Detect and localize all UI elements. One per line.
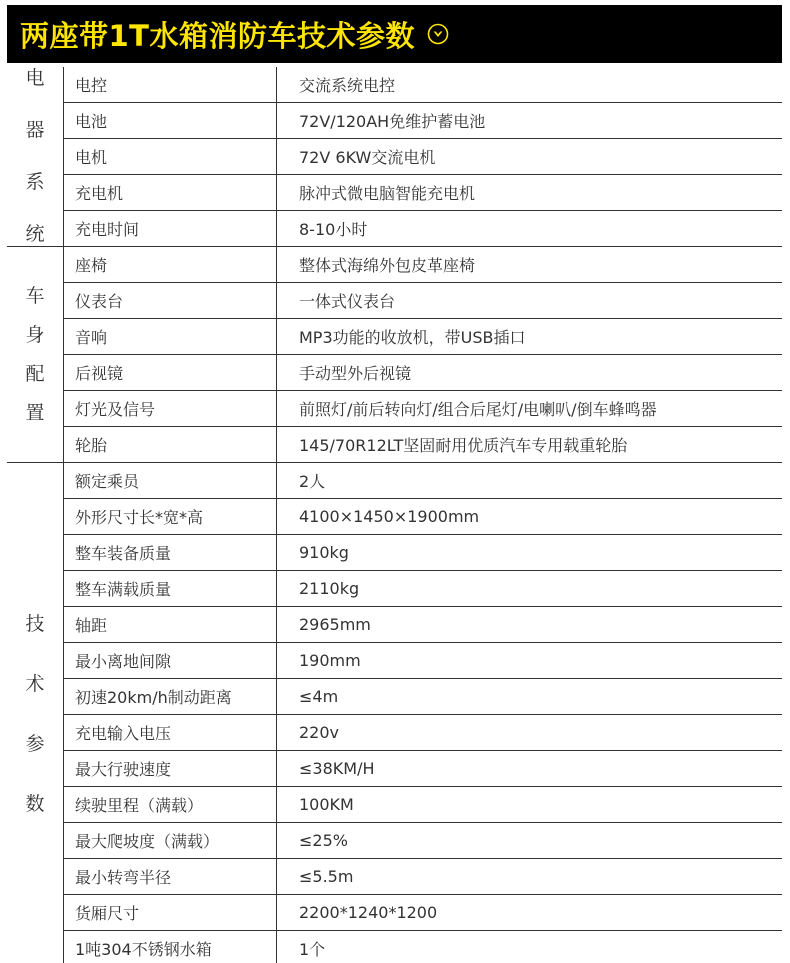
spec-value: 910kg bbox=[277, 535, 782, 570]
group-label-char: 车 bbox=[25, 287, 44, 306]
spec-value: 1个 bbox=[277, 931, 782, 963]
group-label: 车身配置 bbox=[7, 247, 64, 462]
spec-label: 最小离地间隙 bbox=[64, 643, 277, 678]
table-row: 灯光及信号前照灯/前后转向灯/组合后尾灯/电喇叭/倒车蜂鸣器 bbox=[64, 391, 782, 427]
table-row: 充电时间8-10小时 bbox=[64, 211, 782, 246]
spec-label: 初速20km/h制动距离 bbox=[64, 679, 277, 714]
spec-header: 两座带1T水箱消防车技术参数 bbox=[7, 5, 782, 63]
spec-label: 电池 bbox=[64, 103, 277, 138]
table-row: 电池72V/120AH免维护蓄电池 bbox=[64, 103, 782, 139]
spec-group: 电器系统电控交流系统电控电池72V/120AH免维护蓄电池电机72V 6KW交流… bbox=[7, 67, 782, 247]
table-row: 外形尺寸长*宽*高4100×1450×1900mm bbox=[64, 499, 782, 535]
table-row: 额定乘员2人 bbox=[64, 463, 782, 499]
spec-label: 额定乘员 bbox=[64, 463, 277, 498]
table-row: 最小离地间隙190mm bbox=[64, 643, 782, 679]
table-row: 充电机脉冲式微电脑智能充电机 bbox=[64, 175, 782, 211]
chevron-down-circle-icon bbox=[427, 23, 449, 45]
table-row: 初速20km/h制动距离≤4m bbox=[64, 679, 782, 715]
spec-value: 脉冲式微电脑智能充电机 bbox=[277, 175, 782, 210]
spec-value: 72V 6KW交流电机 bbox=[277, 139, 782, 174]
spec-value: MP3功能的收放机，带USB插口 bbox=[277, 319, 782, 354]
spec-label: 最大爬坡度（满载） bbox=[64, 823, 277, 858]
group-rows: 额定乘员2人外形尺寸长*宽*高4100×1450×1900mm整车装备质量910… bbox=[64, 463, 782, 963]
group-label-char: 数 bbox=[25, 795, 44, 814]
group-label-char: 统 bbox=[25, 225, 44, 244]
spec-group: 车身配置座椅整体式海绵外包皮革座椅仪表台一体式仪表台音响MP3功能的收放机，带U… bbox=[7, 247, 782, 463]
spec-label: 电控 bbox=[64, 67, 277, 102]
spec-label: 电机 bbox=[64, 139, 277, 174]
spec-table: 电器系统电控交流系统电控电池72V/120AH免维护蓄电池电机72V 6KW交流… bbox=[7, 67, 782, 963]
table-row: 轮胎145/70R12LT坚固耐用优质汽车专用载重轮胎 bbox=[64, 427, 782, 462]
group-label: 技术参数 bbox=[7, 463, 64, 963]
table-row: 整车满载质量2110kg bbox=[64, 571, 782, 607]
spec-label: 座椅 bbox=[64, 247, 277, 282]
spec-value: 一体式仪表台 bbox=[277, 283, 782, 318]
table-row: 轴距2965mm bbox=[64, 607, 782, 643]
group-label-char: 系 bbox=[25, 173, 44, 192]
table-row: 1吨304不锈钢水箱1个 bbox=[64, 931, 782, 963]
table-row: 最大行驶速度≤38KM/H bbox=[64, 751, 782, 787]
group-label-char: 身 bbox=[25, 326, 44, 345]
spec-value: ≤4m bbox=[277, 679, 782, 714]
spec-label: 最大行驶速度 bbox=[64, 751, 277, 786]
table-row: 最大爬坡度（满载）≤25% bbox=[64, 823, 782, 859]
spec-label: 续驶里程（满载） bbox=[64, 787, 277, 822]
table-row: 货厢尺寸2200*1240*1200 bbox=[64, 895, 782, 931]
spec-value: 8-10小时 bbox=[277, 211, 782, 246]
spec-value: 2200*1240*1200 bbox=[277, 895, 782, 930]
spec-value: 交流系统电控 bbox=[277, 67, 782, 102]
table-row: 后视镜手动型外后视镜 bbox=[64, 355, 782, 391]
group-label-char: 参 bbox=[25, 735, 44, 754]
group-label-char: 配 bbox=[25, 365, 44, 384]
spec-value: 整体式海绵外包皮革座椅 bbox=[277, 247, 782, 282]
spec-value: 190mm bbox=[277, 643, 782, 678]
spec-label: 灯光及信号 bbox=[64, 391, 277, 426]
spec-value: 220v bbox=[277, 715, 782, 750]
spec-label: 货厢尺寸 bbox=[64, 895, 277, 930]
spec-label: 充电输入电压 bbox=[64, 715, 277, 750]
group-label-char: 电 bbox=[25, 69, 44, 88]
table-row: 电控交流系统电控 bbox=[64, 67, 782, 103]
group-label: 电器系统 bbox=[7, 67, 64, 246]
spec-label: 最小转弯半径 bbox=[64, 859, 277, 894]
group-label-char: 置 bbox=[25, 404, 44, 423]
spec-label: 外形尺寸长*宽*高 bbox=[64, 499, 277, 534]
spec-value: 145/70R12LT坚固耐用优质汽车专用载重轮胎 bbox=[277, 427, 782, 462]
group-rows: 电控交流系统电控电池72V/120AH免维护蓄电池电机72V 6KW交流电机充电… bbox=[64, 67, 782, 246]
spec-label: 1吨304不锈钢水箱 bbox=[64, 931, 277, 963]
spec-value: ≤38KM/H bbox=[277, 751, 782, 786]
spec-value: 100KM bbox=[277, 787, 782, 822]
spec-value: 前照灯/前后转向灯/组合后尾灯/电喇叭/倒车蜂鸣器 bbox=[277, 391, 782, 426]
spec-label: 充电时间 bbox=[64, 211, 277, 246]
spec-value: 2110kg bbox=[277, 571, 782, 606]
group-rows: 座椅整体式海绵外包皮革座椅仪表台一体式仪表台音响MP3功能的收放机，带USB插口… bbox=[64, 247, 782, 462]
spec-group: 技术参数额定乘员2人外形尺寸长*宽*高4100×1450×1900mm整车装备质… bbox=[7, 463, 782, 963]
table-row: 电机72V 6KW交流电机 bbox=[64, 139, 782, 175]
table-row: 仪表台一体式仪表台 bbox=[64, 283, 782, 319]
group-label-char: 技 bbox=[25, 615, 44, 634]
group-label-char: 术 bbox=[25, 675, 44, 694]
page-title: 两座带1T水箱消防车技术参数 bbox=[20, 14, 415, 55]
spec-value: 72V/120AH免维护蓄电池 bbox=[277, 103, 782, 138]
spec-value: ≤25% bbox=[277, 823, 782, 858]
spec-value: 手动型外后视镜 bbox=[277, 355, 782, 390]
table-row: 座椅整体式海绵外包皮革座椅 bbox=[64, 247, 782, 283]
spec-label: 后视镜 bbox=[64, 355, 277, 390]
spec-label: 充电机 bbox=[64, 175, 277, 210]
table-row: 整车装备质量910kg bbox=[64, 535, 782, 571]
spec-label: 轴距 bbox=[64, 607, 277, 642]
table-row: 充电输入电压220v bbox=[64, 715, 782, 751]
spec-label: 轮胎 bbox=[64, 427, 277, 462]
group-label-char: 器 bbox=[25, 121, 44, 140]
spec-value: ≤5.5m bbox=[277, 859, 782, 894]
spec-value: 2人 bbox=[277, 463, 782, 498]
spec-label: 仪表台 bbox=[64, 283, 277, 318]
spec-value: 2965mm bbox=[277, 607, 782, 642]
table-row: 最小转弯半径≤5.5m bbox=[64, 859, 782, 895]
table-row: 续驶里程（满载）100KM bbox=[64, 787, 782, 823]
table-row: 音响MP3功能的收放机，带USB插口 bbox=[64, 319, 782, 355]
spec-label: 音响 bbox=[64, 319, 277, 354]
spec-label: 整车装备质量 bbox=[64, 535, 277, 570]
spec-label: 整车满载质量 bbox=[64, 571, 277, 606]
spec-value: 4100×1450×1900mm bbox=[277, 499, 782, 534]
